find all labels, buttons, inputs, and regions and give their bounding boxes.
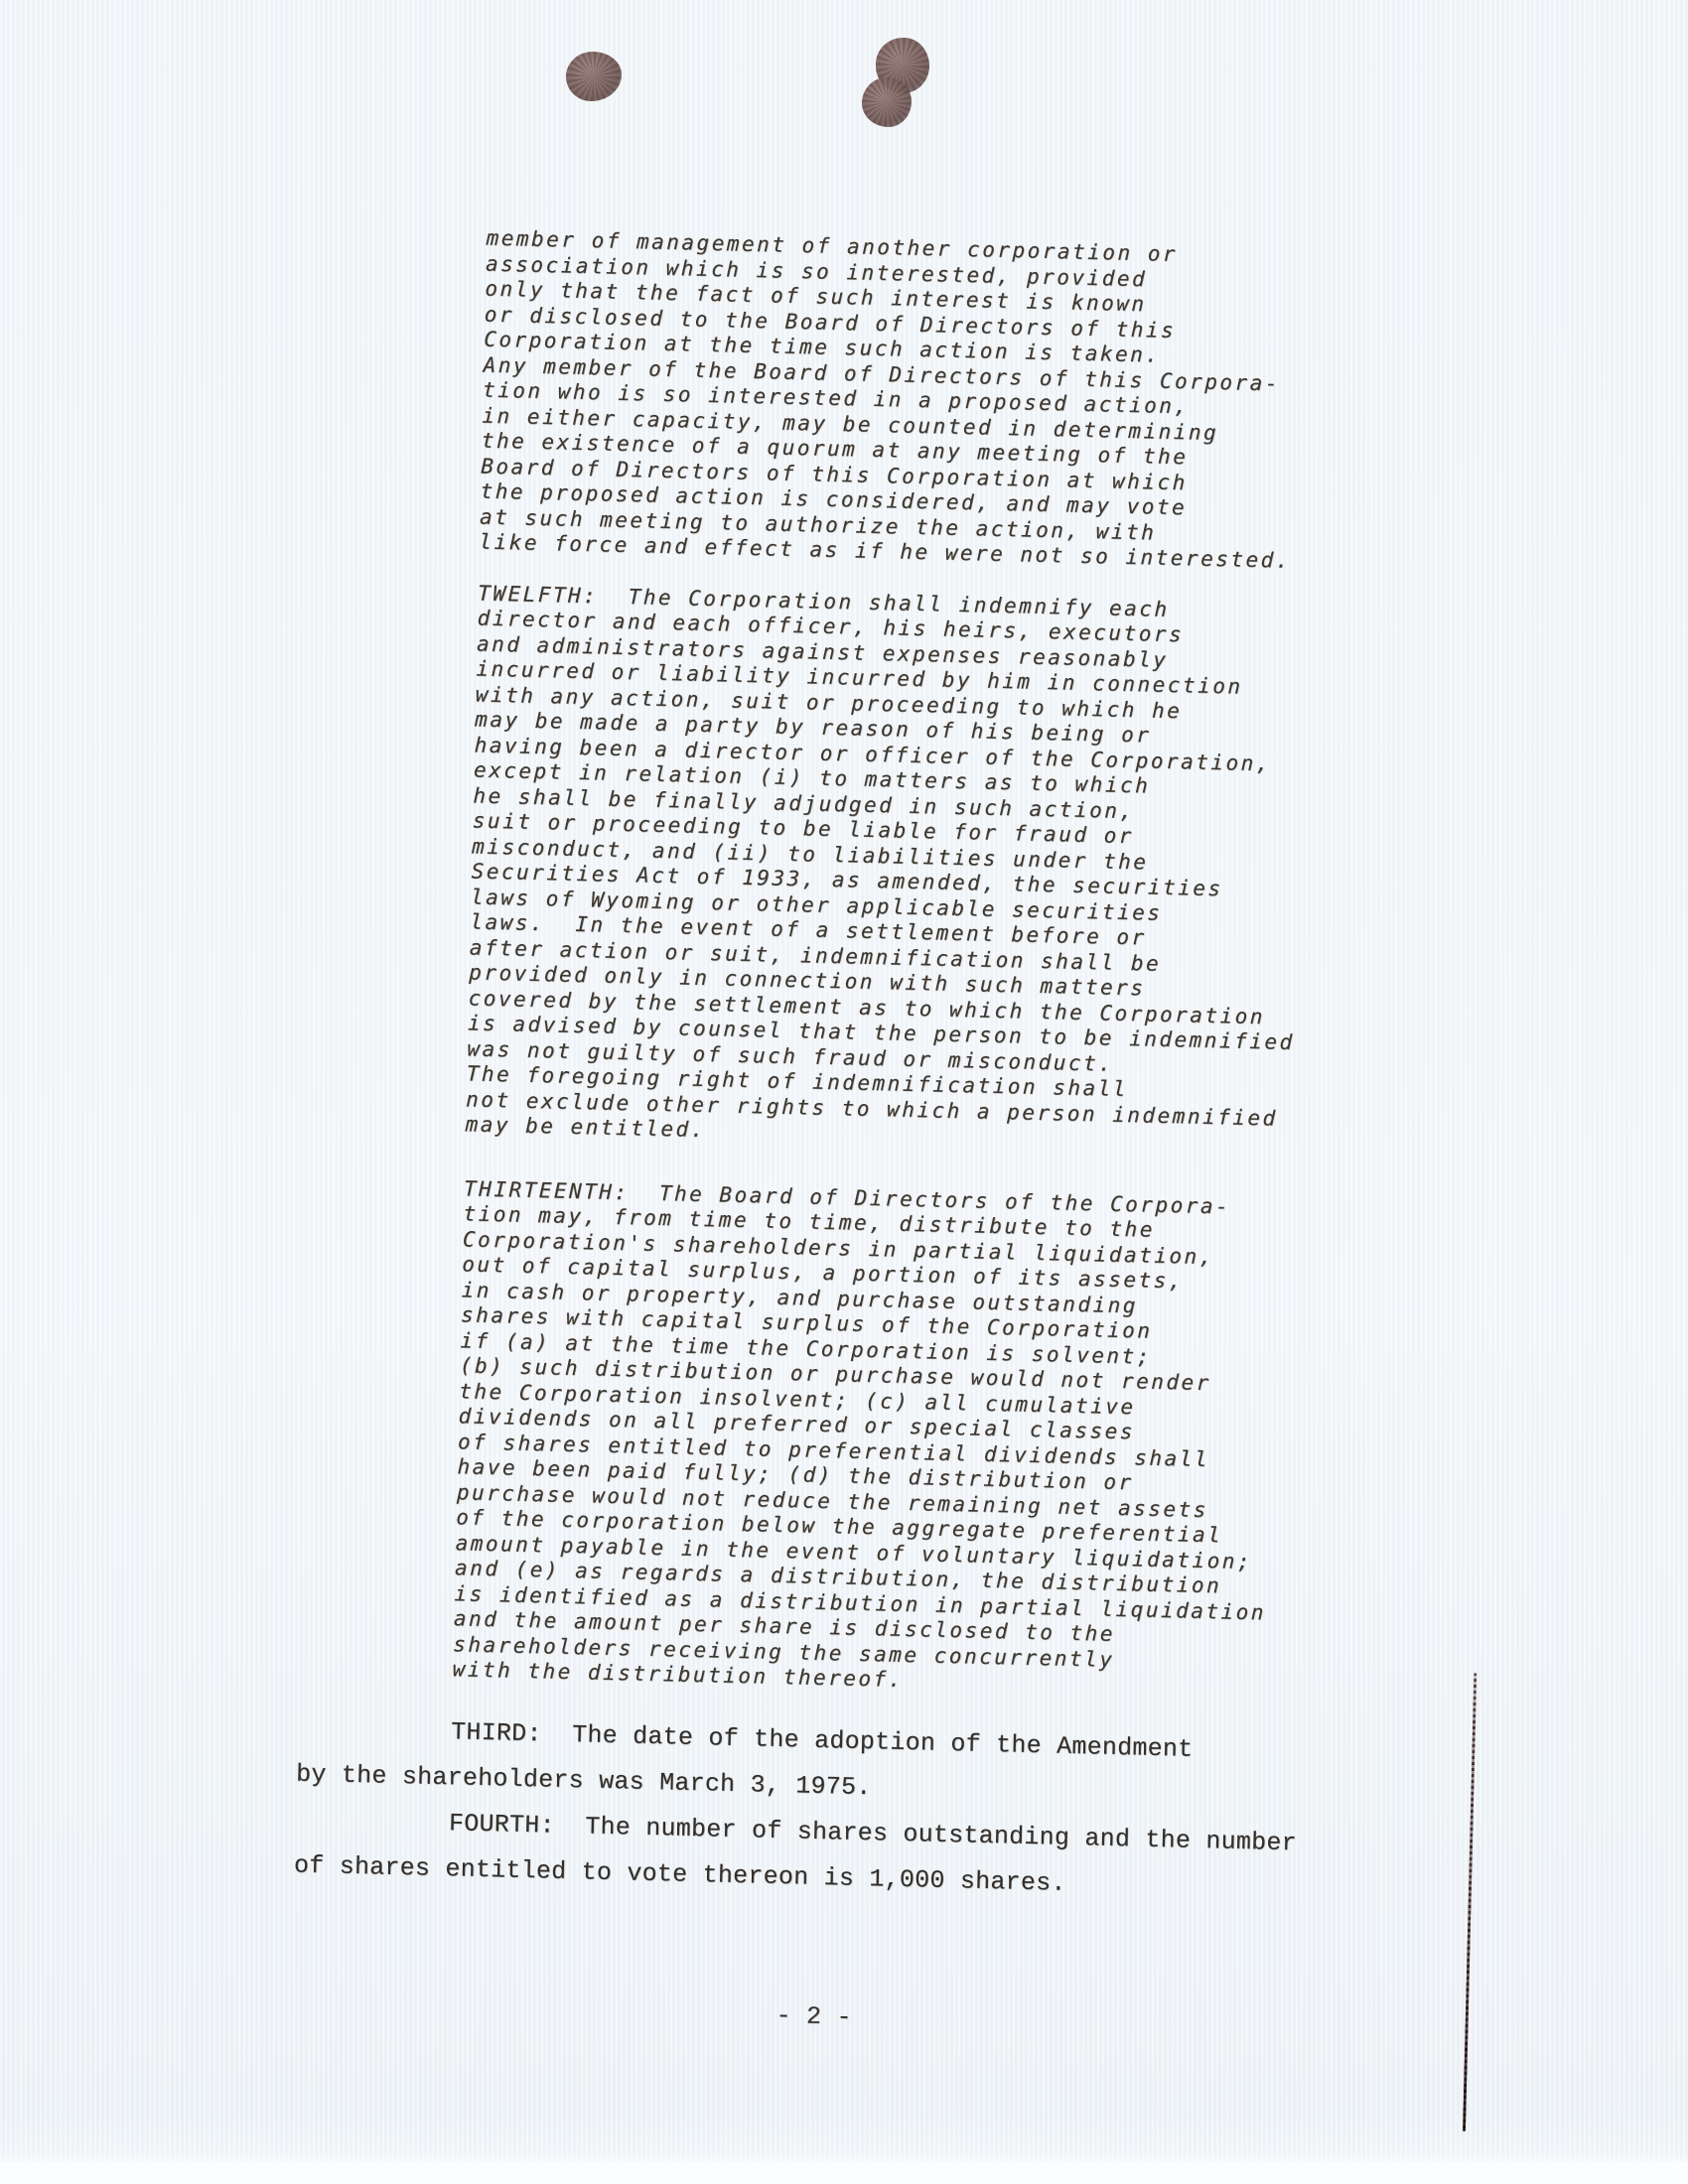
paragraph-twelfth: TWELFTH: The Corporation shall indemnify… (465, 581, 1411, 1160)
ink-stain-left (566, 52, 622, 101)
scanner-bottom-strip (0, 2162, 1688, 2184)
paragraph-eleventh-continuation: member of management of another corporat… (479, 226, 1420, 578)
paragraph-thirteenth: THIRTEENTH: The Board of Directors of th… (452, 1176, 1397, 1705)
scanned-document-page: { "document": { "description": "Scanned … (0, 0, 1688, 2184)
scan-edge-artifact (1463, 1673, 1477, 2131)
document-text-block: member of management of another corporat… (206, 220, 1419, 2044)
page-number: - 2 - (775, 2001, 1378, 2044)
ink-stain-right-bottom (862, 77, 912, 127)
